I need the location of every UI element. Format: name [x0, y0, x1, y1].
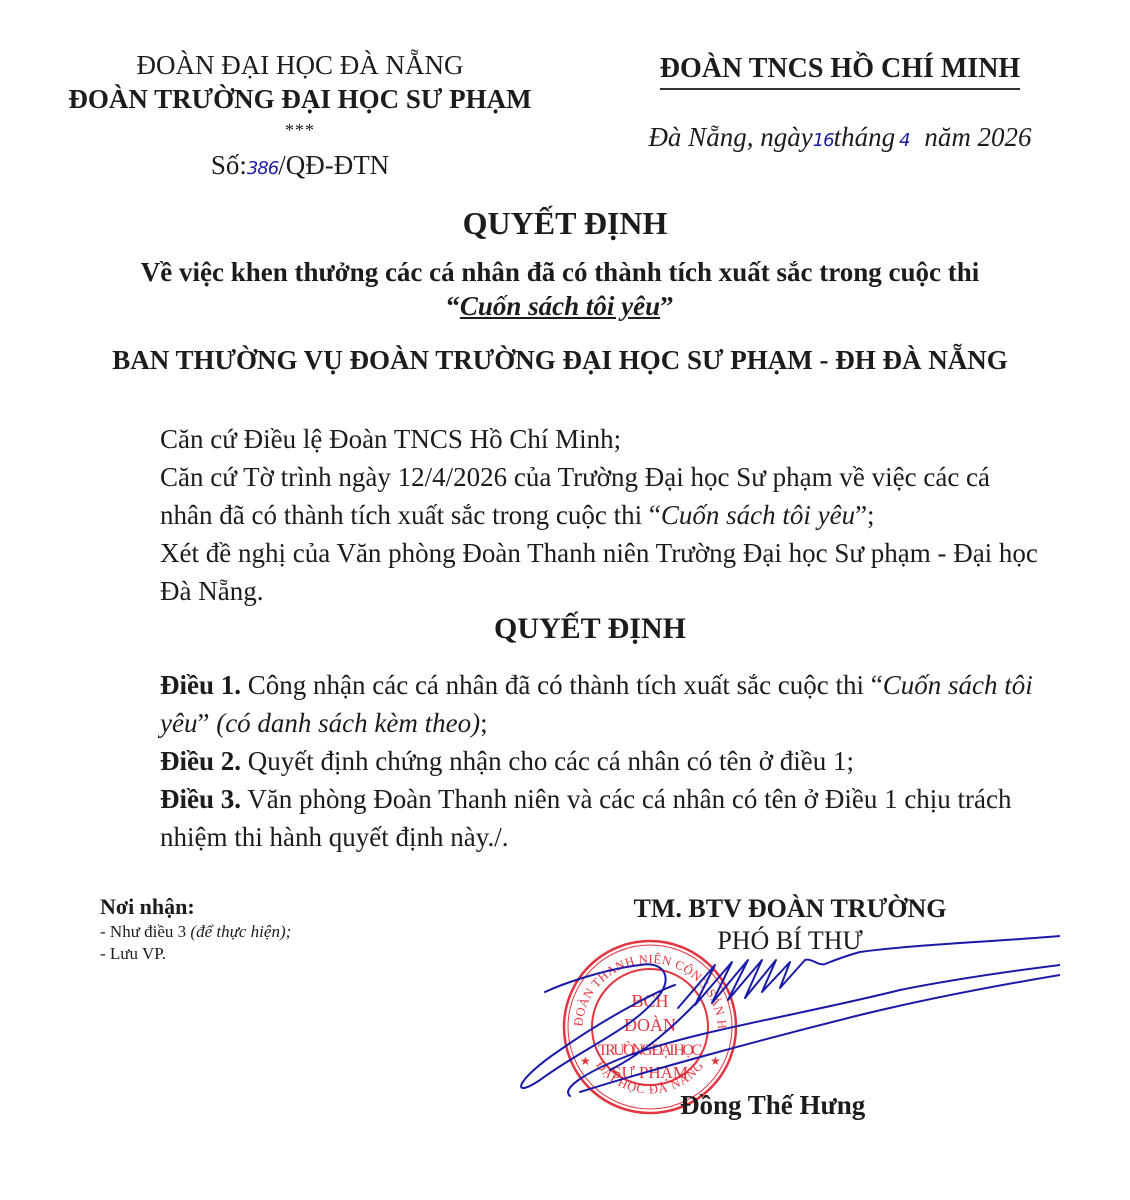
article-2-label: Điều 2. — [160, 746, 241, 776]
article-2: Điều 2. Quyết định chứng nhận cho các cá… — [98, 742, 1038, 780]
article-1-attachment-note: (có danh sách kèm theo) — [216, 708, 480, 738]
handwritten-day: 16 — [813, 130, 834, 151]
article-1-label: Điều 1. — [160, 670, 241, 700]
document-number: Số:386/QĐ-ĐTN — [40, 148, 560, 186]
month-label: tháng — [834, 122, 896, 152]
issuing-organization-header: ĐOÀN ĐẠI HỌC ĐÀ NẴNG ĐOÀN TRƯỜNG ĐẠI HỌC… — [40, 48, 560, 186]
close-quote: ” — [660, 291, 674, 321]
parent-organization: ĐOÀN ĐẠI HỌC ĐÀ NẴNG — [40, 48, 560, 82]
basis-1: Căn cứ Điều lệ Đoàn TNCS Hồ Chí Minh; — [98, 420, 1038, 458]
recipient-1: - Như điều 3 — [100, 922, 190, 941]
recipient-item: - Lưu VP. — [100, 943, 291, 965]
motto-header: ĐOÀN TNCS HỒ CHÍ MINH Đà Nẵng, ngày16thá… — [590, 50, 1090, 158]
motto: ĐOÀN TNCS HỒ CHÍ MINH — [660, 50, 1020, 90]
article-3: Điều 3. Văn phòng Đoàn Thanh niên và các… — [98, 780, 1038, 856]
basis-2: Căn cứ Tờ trình ngày 12/4/2026 của Trườn… — [98, 458, 1038, 534]
recipient-1-note: (để thực hiện); — [190, 922, 291, 941]
document-title: QUYẾT ĐỊNH — [0, 205, 1130, 242]
basis-2-end: ”; — [855, 500, 875, 530]
legal-bases: Căn cứ Điều lệ Đoàn TNCS Hồ Chí Minh; Că… — [98, 420, 1038, 610]
recipient-2: - Lưu VP. — [100, 944, 166, 963]
article-2-text: Quyết định chứng nhận cho các cá nhân có… — [241, 746, 854, 776]
articles: Điều 1. Công nhận các cá nhân đã có thàn… — [98, 666, 1038, 856]
article-3-label: Điều 3. — [160, 784, 241, 814]
basis-2-contest: Cuốn sách tôi yêu — [661, 500, 855, 530]
handwritten-number: 386 — [247, 158, 278, 179]
contest-name-line: “Cuốn sách tôi yêu” — [0, 289, 1120, 323]
article-1-end: ; — [480, 708, 488, 738]
article-1: Điều 1. Công nhận các cá nhân đã có thàn… — [98, 666, 1038, 742]
recipients: Nơi nhận: - Như điều 3 (để thực hiện); -… — [100, 893, 291, 965]
on-behalf-of: TM. BTV ĐOÀN TRƯỜNG — [560, 893, 1020, 925]
article-3-text: Văn phòng Đoàn Thanh niên và các cá nhân… — [160, 784, 1012, 852]
number-suffix: /QĐ-ĐTN — [278, 150, 389, 180]
open-quote: “ — [446, 291, 460, 321]
date-place: Đà Nẵng, ngày — [648, 122, 812, 152]
article-1-mid: ” — [197, 708, 216, 738]
decision-heading: QUYẾT ĐỊNH — [0, 612, 1130, 646]
basis-3: Xét đề nghị của Văn phòng Đoàn Thanh niê… — [98, 534, 1038, 610]
number-prefix: Số: — [211, 150, 247, 180]
subject-line: Về việc khen thưởng các cá nhân đã có th… — [0, 255, 1120, 289]
header-separator: *** — [40, 120, 560, 140]
recipient-item: - Như điều 3 (để thực hiện); — [100, 921, 291, 943]
handwritten-signature — [500, 930, 1060, 1100]
date-line: Đà Nẵng, ngày16tháng4 năm 2026 — [590, 120, 1090, 158]
handwritten-month: 4 — [899, 130, 909, 151]
contest-name: Cuốn sách tôi yêu — [460, 291, 660, 321]
document-subject: Về việc khen thưởng các cá nhân đã có th… — [0, 255, 1120, 323]
article-1-text: Công nhận các cá nhân đã có thành tích x… — [241, 670, 883, 700]
organization-name: ĐOÀN TRƯỜNG ĐẠI HỌC SƯ PHẠM — [40, 82, 560, 116]
issuing-authority: BAN THƯỜNG VỤ ĐOÀN TRƯỜNG ĐẠI HỌC SƯ PHẠ… — [0, 345, 1120, 376]
recipients-heading: Nơi nhận: — [100, 893, 291, 921]
year-label: năm 2026 — [924, 122, 1031, 152]
